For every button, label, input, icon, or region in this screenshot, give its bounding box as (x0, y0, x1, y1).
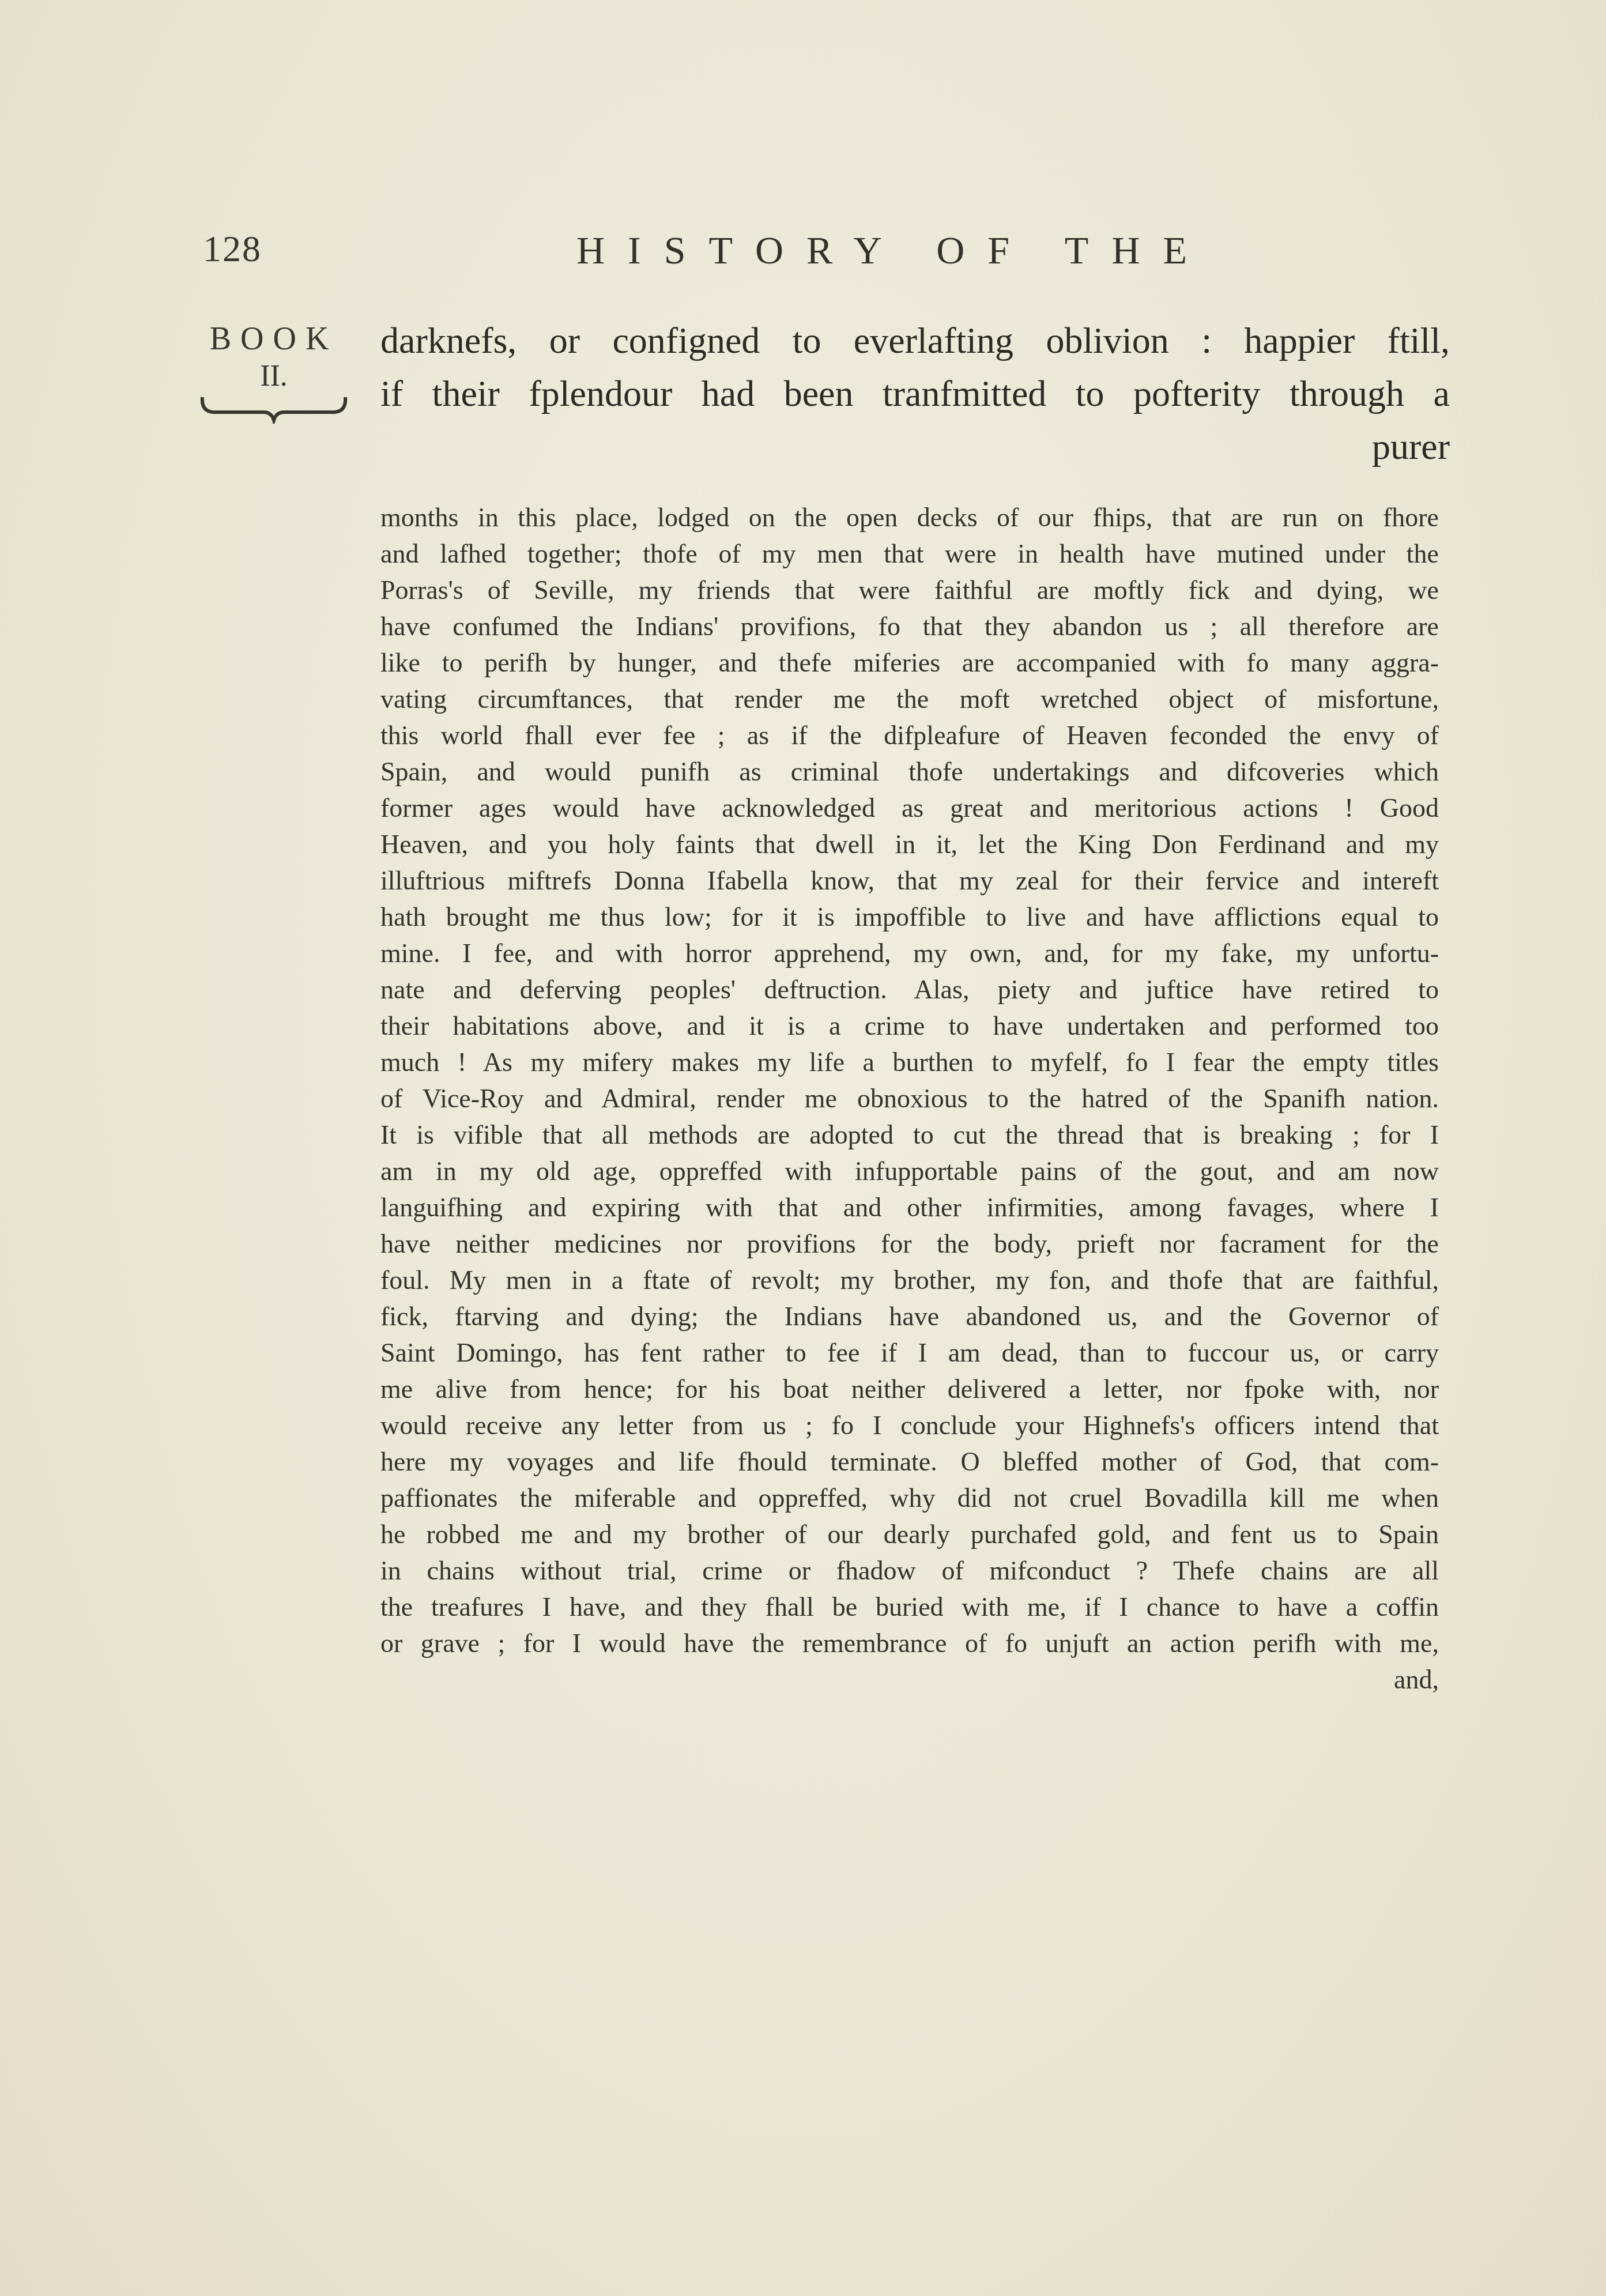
text-line: the treafures I have, and they fhall be … (380, 1589, 1439, 1625)
text-line: their habitations above, and it is a cri… (380, 1008, 1439, 1044)
text-line: mine. I fee, and with horror apprehend, … (380, 935, 1439, 971)
text-line: illuftrious miftrefs Donna Ifabella know… (380, 862, 1439, 899)
text-line: Heaven, and you holy faints that dwell i… (380, 826, 1439, 862)
text-line: he robbed me and my brother of our dearl… (380, 1516, 1439, 1552)
running-head: 128 HISTORY OF THE (0, 228, 1606, 280)
lower-text-block: months in this place, lodged on the open… (380, 499, 1439, 1698)
text-line: if their fplendour had been tranfmitted … (380, 367, 1450, 420)
text-line: nate and deferving peoples' deftruction.… (380, 971, 1439, 1008)
text-line: me alive from hence; for his boat neithe… (380, 1371, 1439, 1407)
book-page: 128 HISTORY OF THE BOOK II. darknefs, or… (0, 0, 1606, 2296)
text-line: vating circumftances, that render me the… (380, 681, 1439, 717)
text-line: much ! As my mifery makes my life a burt… (380, 1044, 1439, 1080)
margin-note: BOOK II. (190, 319, 357, 424)
text-line: or grave ; for I would have the remembra… (380, 1625, 1439, 1661)
text-line: would receive any letter from us ; fo I … (380, 1407, 1439, 1443)
text-line: Porras's of Seville, my friends that wer… (380, 572, 1439, 608)
text-line: am in my old age, oppreffed with infuppo… (380, 1153, 1439, 1189)
text-line: have confumed the Indians' provifions, f… (380, 608, 1439, 644)
text-line: months in this place, lodged on the open… (380, 499, 1439, 536)
text-line: darknefs, or configned to everlafting ob… (380, 314, 1450, 367)
text-line: languifhing and expiring with that and o… (380, 1189, 1439, 1226)
margin-note-book: BOOK (190, 319, 357, 359)
text-line: paffionates the miferable and oppreffed,… (380, 1480, 1439, 1516)
catchword: purer (380, 420, 1450, 473)
text-line: fick, ftarving and dying; the Indians ha… (380, 1298, 1439, 1334)
text-line: have neither medicines nor provifions fo… (380, 1226, 1439, 1262)
text-line: It is vifible that all methods are adopt… (380, 1117, 1439, 1153)
text-line: hath brought me thus low; for it is impo… (380, 899, 1439, 935)
text-line: and lafhed together; thofe of my men tha… (380, 536, 1439, 572)
margin-note-volume: II. (190, 359, 357, 394)
text-line: foul. My men in a ftate of revolt; my br… (380, 1262, 1439, 1298)
text-line: Spain, and would punifh as criminal thof… (380, 753, 1439, 790)
text-line: in chains without trial, crime or fhadow… (380, 1552, 1439, 1589)
brace-icon (199, 395, 349, 424)
text-line: this world fhall ever fee ; as if the di… (380, 717, 1439, 753)
text-line: here my voyages and life fhould terminat… (380, 1443, 1439, 1480)
catchword: and, (380, 1661, 1439, 1698)
text-line: like to perifh by hunger, and thefe mife… (380, 644, 1439, 681)
upper-text-block: darknefs, or configned to everlafting ob… (380, 314, 1450, 473)
text-line: former ages would have acknowledged as g… (380, 790, 1439, 826)
text-line: Saint Domingo, has fent rather to fee if… (380, 1334, 1439, 1371)
page-number: 128 (203, 228, 262, 270)
running-title: HISTORY OF THE (576, 228, 1210, 273)
text-line: of Vice-Roy and Admiral, render me obnox… (380, 1080, 1439, 1117)
